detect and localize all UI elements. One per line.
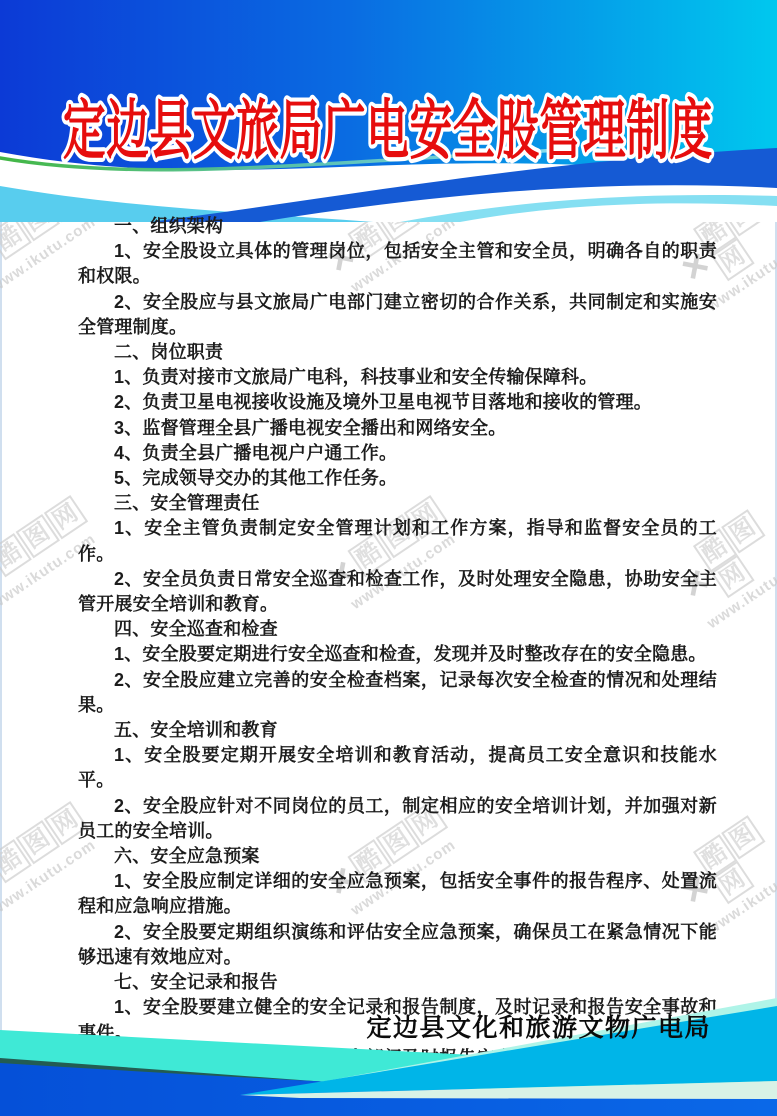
policy-poster: 定边县文旅局广电安全股管理制度 ×酷图网www.ikutu.com×酷图网www…	[0, 0, 777, 1116]
section-heading: 一、组织架构	[78, 214, 717, 239]
policy-item: 1、安全股要定期进行安全巡查和检查，发现并及时整改存在的安全隐患。	[78, 642, 717, 667]
policy-item: 2、安全股要定期组织演练和评估安全应急预案，确保员工在紧急情况下能够迅速有效地应…	[78, 920, 717, 970]
policy-item: 1、安全股要定期开展安全培训和教育活动，提高员工安全意识和技能水平。	[78, 743, 717, 793]
section-heading: 五、安全培训和教育	[78, 718, 717, 743]
policy-item: 1、安全股应制定详细的安全应急预案，包括安全事件的报告程序、处置流程和应急响应措…	[78, 869, 717, 919]
section-heading: 二、岗位职责	[78, 340, 717, 365]
bottom-decor	[0, 986, 777, 1116]
policy-item: 2、安全股应针对不同岗位的员工，制定相应的安全培训计划，并加强对新员工的安全培训…	[78, 794, 717, 844]
section-heading: 三、安全管理责任	[78, 491, 717, 516]
section-heading: 六、安全应急预案	[78, 844, 717, 869]
policy-item: 1、负责对接市文旅局广电科，科技事业和安全传输保障科。	[78, 365, 717, 390]
footer-signature: 定边县文化和旅游文物广电局	[366, 1008, 711, 1044]
poster-title: 定边县文旅局广电安全股管理制度	[63, 94, 713, 167]
policy-item: 2、安全股应建立完善的安全检查档案，记录每次安全检查的情况和处理结果。	[78, 668, 717, 718]
policy-item: 4、负责全县广播电视户户通工作。	[78, 441, 717, 466]
policy-item: 3、监督管理全县广播电视安全播出和网络安全。	[78, 416, 717, 441]
policy-item: 2、负责卫星电视接收设施及境外卫星电视节目落地和接收的管理。	[78, 390, 717, 415]
section-heading: 四、安全巡查和检查	[78, 617, 717, 642]
policy-item: 1、安全主管负责制定安全管理计划和工作方案，指导和监督安全员的工作。	[78, 516, 717, 566]
policy-item: 2、安全员负责日常安全巡查和检查工作，及时处理安全隐患，协助安全主管开展安全培训…	[78, 567, 717, 617]
policy-item: 2、安全股应与县文旅局广电部门建立密切的合作关系，共同制定和实施安全管理制度。	[78, 290, 717, 340]
policy-item: 5、完成领导交办的其他工作任务。	[78, 466, 717, 491]
header-decor: 定边县文旅局广电安全股管理制度	[0, 0, 777, 222]
policy-content: 一、组织架构1、安全股设立具体的管理岗位，包括安全主管和安全员，明确各自的职责和…	[0, 214, 777, 1096]
policy-item: 1、安全股设立具体的管理岗位，包括安全主管和安全员，明确各自的职责和权限。	[78, 239, 717, 289]
